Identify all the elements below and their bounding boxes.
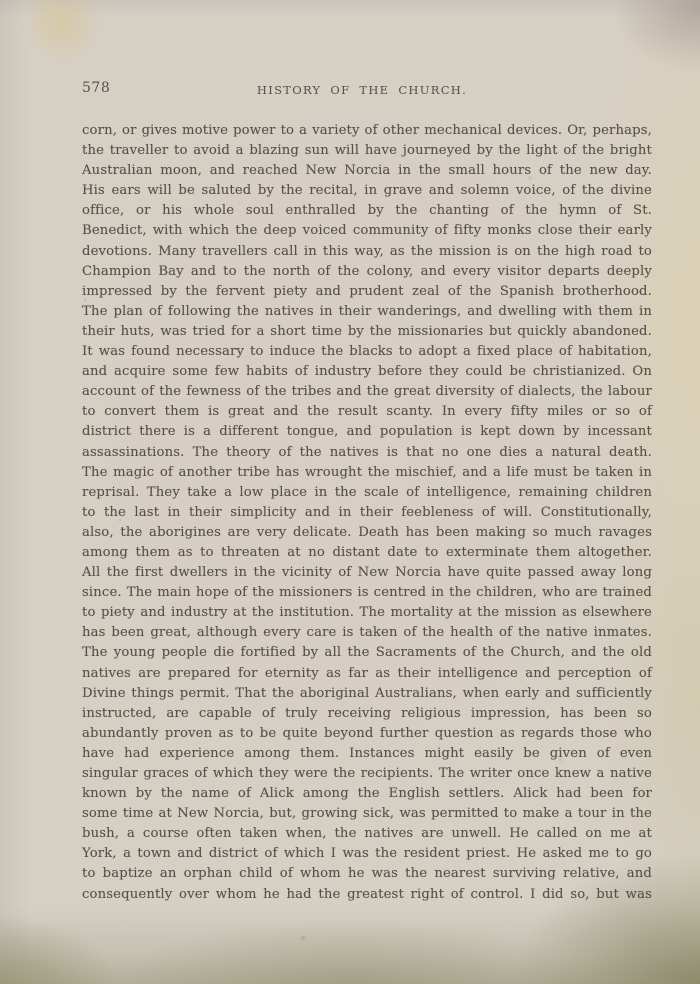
text-line: to piety and industry at the institution… [82,603,652,623]
text-line: His ears will be saluted by the recital,… [82,181,652,201]
text-line: impressed by the fervent piety and prude… [82,282,652,302]
text-line: bush, a course often taken when, the nat… [82,824,652,844]
text-line: abundantly proven as to be quite beyond … [82,724,652,744]
text-line: district there is a different tongue, an… [82,422,652,442]
text-line: known by the name of Alick among the Eng… [82,784,652,804]
text-line: York, a town and district of which I was… [82,844,652,864]
text-line: has been great, although every care is t… [82,623,652,643]
text-line: It was found necessary to induce the bla… [82,342,652,362]
text-line: office, or his whole soul enthralled by … [82,201,652,221]
text-line: their huts, was tried for a short time b… [82,322,652,342]
text-line: Australian moon, and reached New Norcia … [82,161,652,181]
text-line: have had experience among them. Instance… [82,744,652,764]
text-line: Benedict, with which the deep voiced com… [82,221,652,241]
text-line: instructed, are capable of truly receivi… [82,704,652,724]
text-line: and acquire some few habits of industry … [82,362,652,382]
text-line: to convert them is great and the result … [82,402,652,422]
text-line: natives are prepared for eternity as far… [82,664,652,684]
text-line: some time at New Norcia, but, growing si… [82,804,652,824]
text-line: reprisal. They take a low place in the s… [82,483,652,503]
text-line: The young people die fortified by all th… [82,643,652,663]
text-line: devotions. Many travellers call in this … [82,242,652,262]
text-line: to baptize an orphan child of whom he wa… [82,864,652,884]
text-line: singular graces of which they were the r… [82,764,652,784]
text-line: consequently over whom he had the greate… [82,885,652,905]
text-line: also, the aborigines are very delicate. … [82,523,652,543]
text-line: The magic of another tribe has wrought t… [82,463,652,483]
text-line: to the last in their simplicity and in t… [82,503,652,523]
body-text: corn, or gives motive power to a variety… [82,121,652,905]
text-line: Divine things permit. That the aborigina… [82,684,652,704]
text-line: The plan of following the natives in the… [82,302,652,322]
text-line: among them as to threaten at no distant … [82,543,652,563]
text-line: the traveller to avoid a blazing sun wil… [82,141,652,161]
book-page-scan: 578 HISTORY OF THE CHURCH. corn, or give… [0,0,700,984]
text-line: account of the fewness of the tribes and… [82,382,652,402]
text-line: assassinations. The theory of the native… [82,443,652,463]
text-line: corn, or gives motive power to a variety… [82,121,652,141]
text-line: All the first dwellers in the vicinity o… [82,563,652,583]
text-line: Champion Bay and to the north of the col… [82,262,652,282]
running-title: HISTORY OF THE CHURCH. [82,83,642,97]
text-line: since. The main hope of the missioners i… [82,583,652,603]
